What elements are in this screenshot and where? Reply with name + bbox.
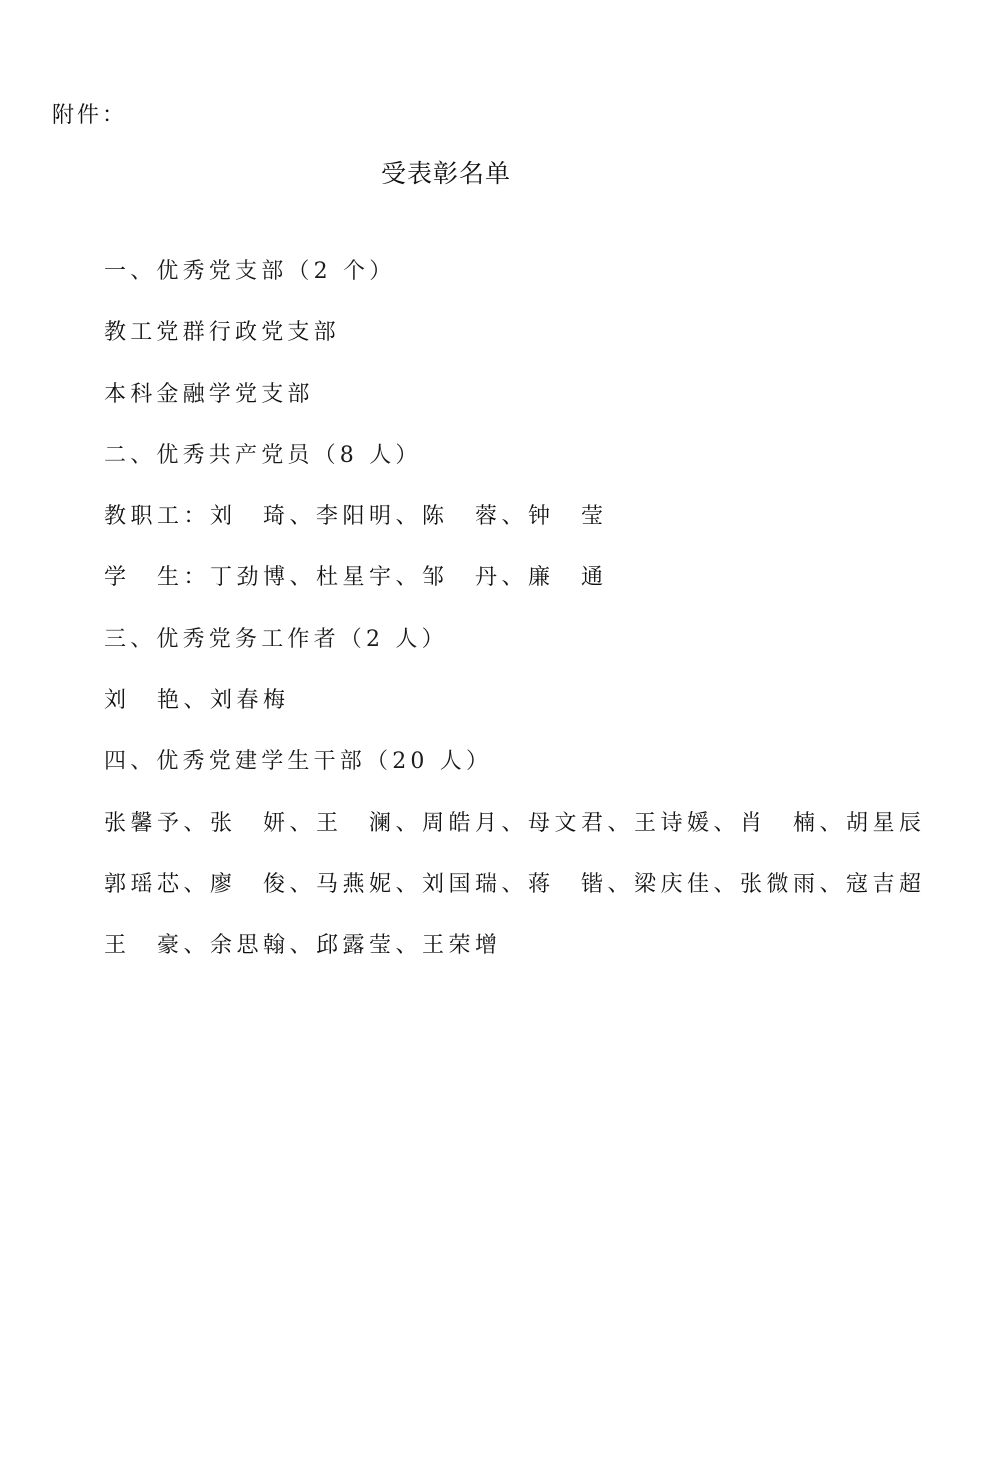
attachment-label: 附件：	[52, 102, 127, 130]
student-cadres-names-line: 张馨予、张 妍、王 澜、周皓月、母文君、王诗媛、肖 楠、胡星辰	[104, 808, 924, 869]
staff-names-line: 教职工：刘 琦、李阳明、陈 蓉、钟 莹	[104, 501, 924, 562]
document-page: 附件： 受表彰名单 一、优秀党支部（2 个） 教工党群行政党支部 本科金融学党支…	[0, 0, 992, 1466]
section-heading-student-cadres: 四、优秀党建学生干部（20 人）	[104, 746, 924, 807]
student-cadres-names-line: 郭瑶芯、廖 俊、马燕妮、刘国瑞、蒋 锴、梁庆佳、张微雨、寇吉超	[104, 869, 924, 930]
award-list: 一、优秀党支部（2 个） 教工党群行政党支部 本科金融学党支部 二、优秀共产党员…	[104, 256, 924, 992]
section-heading-party-members: 二、优秀共产党员（8 人）	[104, 440, 924, 501]
section-heading-branches: 一、优秀党支部（2 个）	[104, 256, 924, 317]
branch-item: 教工党群行政党支部	[104, 317, 924, 378]
document-title-container: 受表彰名单	[0, 158, 892, 190]
student-names-line: 学 生：丁劲博、杜星宇、邹 丹、廉 通	[104, 562, 924, 623]
student-cadres-names-line: 王 豪、余思翰、邱露莹、王荣增	[104, 930, 924, 991]
section-heading-party-workers: 三、优秀党务工作者（2 人）	[104, 624, 924, 685]
document-title: 受表彰名单	[381, 158, 511, 190]
party-workers-names-line: 刘 艳、刘春梅	[104, 685, 924, 746]
branch-item: 本科金融学党支部	[104, 379, 924, 440]
